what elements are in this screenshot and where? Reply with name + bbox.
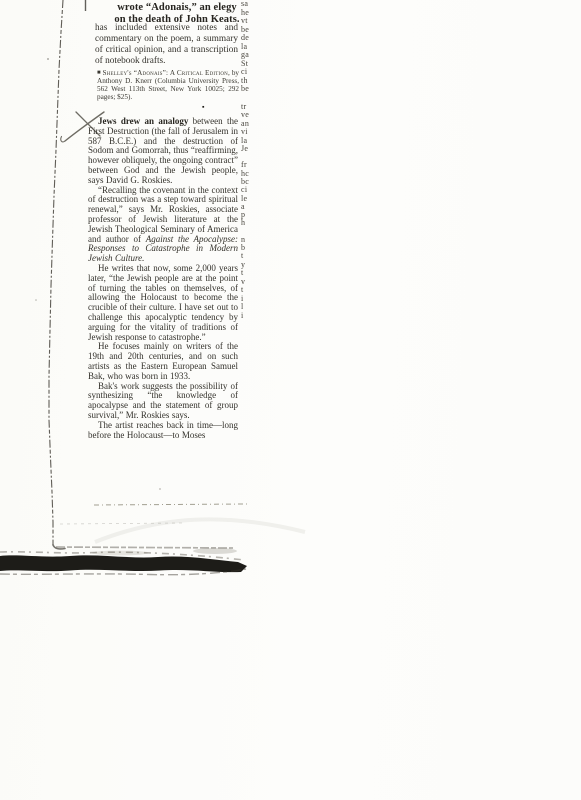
margin-fragment: sa [241,0,248,8]
article-paragraph: Jews drew an analogy between the First D… [88,117,238,186]
margin-fragment: fr [241,161,247,169]
scanned-newspaper-clipping: wrote “Adonais,” an elegy on the death o… [0,0,581,800]
article-paragraph: He focuses mainly on writers of the 19th… [88,342,238,381]
dotted-rule-1 [94,504,247,505]
margin-fragment: vt [241,17,248,25]
torn-edge-band [0,555,247,572]
article-text-run: He writes that now, some 2,000 years lat… [88,263,238,342]
margin-fragment: be [241,85,249,93]
book-citation-footnote: ■ Shelley's “Adonais”: A Critical Editio… [97,69,239,101]
fold-shadow-arc [95,519,305,542]
intro-paragraph: has included extensive notes and comment… [95,23,238,67]
article-text-run: He focuses mainly on writers of the 19th… [88,341,238,380]
margin-fragment: Je [241,145,248,153]
torn-edge-fray [0,569,246,575]
dotted-rule-3 [56,547,233,548]
article-paragraph: The artist reaches back in time—long bef… [88,421,238,441]
margin-fragment: ga [241,51,249,59]
article-body: Jews drew an analogy between the First D… [88,117,238,440]
smudge-spot [193,548,237,554]
margin-fragment: ci [241,68,247,76]
margin-fragment: ci [241,186,247,194]
headline-line-1: wrote “Adonais,” an elegy [92,2,262,14]
footnote-book-title: Shelley's “Adonais”: A Critical Edition, [102,69,230,77]
article-text-run: The artist reaches back in time—long bef… [88,420,238,440]
margin-fragment: h [241,219,245,227]
article-paragraph: He writes that now, some 2,000 years lat… [88,264,238,342]
margin-fragment: ve [241,111,249,119]
margin-fragment: vi [241,128,248,136]
crease-line-hook [53,545,65,549]
section-divider-square-icon: ▪ [202,103,204,111]
article-text-run: Bak's work suggests the possibility of s… [88,381,238,420]
margin-fragment: t [241,286,244,294]
margin-fragment: i [241,312,244,320]
speck [35,299,37,301]
margin-text-fragments: sahevtbedelagaStcithbetrveanvilaJefrhcbc… [241,0,265,400]
article-headline: wrote “Adonais,” an elegy on the death o… [92,2,262,25]
margin-fragment: de [241,34,249,42]
article-text-run: Jews drew an analogy [98,116,188,126]
speck [159,488,161,490]
crease-line [49,0,63,545]
smudge-spot [92,551,148,556]
margin-fragment: l [241,303,244,311]
article-paragraph: “Recalling the covenant in the context o… [88,186,238,264]
article-text-run: between the First Destruction (the fall … [88,116,238,185]
article-paragraph: Bak's work suggests the possibility of s… [88,382,238,421]
dotted-rule-2 [60,523,182,524]
margin-fragment: t [241,269,244,277]
speck [47,58,49,60]
torn-edge-fray [0,552,244,560]
footnote-bullet-icon: ■ [97,70,101,76]
margin-fragment: t [241,252,244,260]
